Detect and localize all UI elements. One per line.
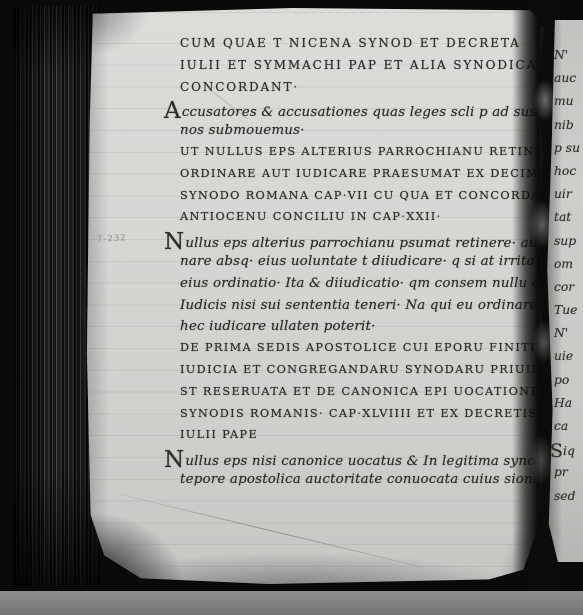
- initial-letter: N: [164, 234, 184, 250]
- line-text: tepore apostolica auctoritate conuocata …: [180, 472, 541, 487]
- manuscript-line: nare absq· eius uoluntate t diiudicare· …: [180, 254, 540, 276]
- manuscript-line: IUDICIA ET CONGREGANDARU SYNODARU PRIUIL…: [180, 363, 540, 385]
- facing-page-line: om: [554, 257, 583, 280]
- line-text: Ha: [554, 396, 572, 410]
- manuscript-line: CUM QUAE T NICENA SYNOD ET DECRETA: [180, 36, 540, 58]
- pencil-folio-note: 7-232: [97, 233, 127, 245]
- manuscript-line: Nullus eps nisi canonice uocatus & In le…: [180, 450, 540, 472]
- manuscript-line: nos submouemus·: [180, 123, 540, 145]
- line-text: mu: [554, 94, 574, 108]
- line-text: cor: [554, 280, 574, 294]
- line-text: IULII PAPE: [180, 428, 258, 441]
- line-text: om: [554, 257, 573, 271]
- line-text: UT NULLUS EPS ALTERIUS PARROCHIANU RETIN…: [180, 145, 554, 158]
- line-text: ST RESERUATA ET DE CANONICA EPI UOCATION…: [180, 385, 562, 398]
- line-text: N': [554, 48, 568, 62]
- line-text: CONCORDANT·: [180, 80, 299, 94]
- line-text: DE PRIMA SEDIS APOSTOLICE CUI EPORU FINI…: [180, 341, 556, 354]
- manuscript-line: SYNODIS ROMANIS· CAP·XLVIIII ET EX DECRE…: [180, 407, 540, 429]
- manuscript-line: eius ordinatio· Ita & diiudicatio· qm co…: [180, 276, 540, 298]
- line-text: uir: [554, 187, 572, 201]
- manuscript-line: SYNODO ROMANA CAP·VII CU QUA ET CONCORDA…: [180, 189, 540, 211]
- book-page-edges: [14, 6, 100, 587]
- line-text: Tue: [554, 303, 577, 317]
- manuscript-text-block: CUM QUAE T NICENA SYNOD ET DECRETAIULII …: [180, 36, 540, 494]
- line-text: hoc: [554, 164, 576, 178]
- facing-page-line: po: [554, 373, 583, 396]
- manuscript-line: UT NULLUS EPS ALTERIUS PARROCHIANU RETIN…: [180, 145, 540, 167]
- line-text: SYNODIS ROMANIS· CAP·XLVIIII ET EX DECRE…: [180, 407, 538, 420]
- line-text: IUDICIA ET CONGREGANDARU SYNODARU PRIUIL…: [180, 363, 560, 376]
- manuscript-line: hec iudicare ullaten poterit·: [180, 319, 540, 341]
- manuscript-photograph: CUM QUAE T NICENA SYNOD ET DECRETAIULII …: [0, 0, 583, 615]
- facing-page-line: sup: [554, 234, 583, 257]
- manuscript-line: Accusatores & accusationes quas leges sc…: [180, 101, 540, 123]
- manuscript-line: CONCORDANT·: [180, 80, 540, 102]
- facing-page-line: sed: [554, 489, 583, 512]
- line-text: pr: [554, 465, 568, 479]
- facing-page-line: nib: [554, 118, 583, 141]
- line-text: po: [554, 373, 569, 387]
- line-text: N': [554, 326, 568, 340]
- line-text: ANTIOCENU CONCILIU IN CAP·XXII·: [180, 210, 442, 223]
- scan-bed-strip: [0, 591, 583, 615]
- parchment-crease: [120, 494, 422, 567]
- line-text: sed: [554, 489, 575, 503]
- manuscript-line: Nullus eps alterius parrochianu psumat r…: [180, 232, 540, 254]
- line-text: hec iudicare ullaten poterit·: [180, 319, 376, 334]
- line-text: sup: [554, 234, 576, 248]
- manuscript-line: tepore apostolica auctoritate conuocata …: [180, 472, 540, 494]
- manuscript-line: ST RESERUATA ET DE CANONICA EPI UOCATION…: [180, 385, 540, 407]
- line-text: SYNODO ROMANA CAP·VII CU QUA ET CONCORDA…: [180, 189, 549, 202]
- facing-page-line: Ha: [554, 396, 583, 419]
- facing-page-line: N': [554, 326, 583, 349]
- facing-page-line: p su: [554, 141, 583, 164]
- manuscript-line: DE PRIMA SEDIS APOSTOLICE CUI EPORU FINI…: [180, 341, 540, 363]
- facing-page-line: cor: [554, 280, 583, 303]
- facing-page-line: uie: [554, 349, 583, 372]
- initial-letter: A: [164, 103, 181, 119]
- facing-page-line: tat: [554, 210, 583, 233]
- line-text: IULII ET SYMMACHI PAP ET ALIA SYNODICA: [180, 58, 537, 72]
- line-text: nare absq· eius uoluntate t diiudicare· …: [180, 254, 564, 269]
- left-manuscript-page: CUM QUAE T NICENA SYNOD ET DECRETAIULII …: [86, 8, 544, 584]
- line-text: nos submouemus·: [180, 123, 305, 138]
- line-text: auc: [554, 71, 576, 85]
- facing-page-line: hoc: [554, 164, 583, 187]
- facing-page-line: mu: [554, 94, 583, 117]
- manuscript-line: IULII PAPE: [180, 428, 540, 450]
- line-text: ORDINARE AUT IUDICARE PRAESUMAT EX DECIM…: [180, 167, 549, 180]
- manuscript-line: IULII ET SYMMACHI PAP ET ALIA SYNODICA: [180, 58, 540, 80]
- line-text: iq: [563, 444, 575, 458]
- line-text: tat: [554, 210, 571, 224]
- facing-page-line: ca: [554, 419, 583, 442]
- manuscript-line: ANTIOCENU CONCILIU IN CAP·XXII·: [180, 210, 540, 232]
- facing-page-line: auc: [554, 71, 583, 94]
- line-text: CUM QUAE T NICENA SYNOD ET DECRETA: [180, 36, 521, 50]
- line-text: ca: [554, 419, 568, 433]
- line-text: p su: [554, 141, 580, 155]
- facing-page-line: N': [554, 48, 583, 71]
- manuscript-line: ORDINARE AUT IUDICARE PRAESUMAT EX DECIM…: [180, 167, 540, 189]
- facing-page-text-block: N'aucmunibp suhocuirtatsupomcorTueN'uiep…: [554, 48, 583, 512]
- initial-letter: N: [164, 452, 184, 468]
- facing-page-line: Siq: [554, 442, 583, 465]
- line-text: nib: [554, 118, 574, 132]
- facing-page-line: Tue: [554, 303, 583, 326]
- facing-page-line: pr: [554, 465, 583, 488]
- initial-letter: S: [550, 444, 563, 458]
- facing-page-line: uir: [554, 187, 583, 210]
- manuscript-line: Iudicis nisi sui sententia teneri· Na qu…: [180, 298, 540, 320]
- line-text: uie: [554, 349, 573, 363]
